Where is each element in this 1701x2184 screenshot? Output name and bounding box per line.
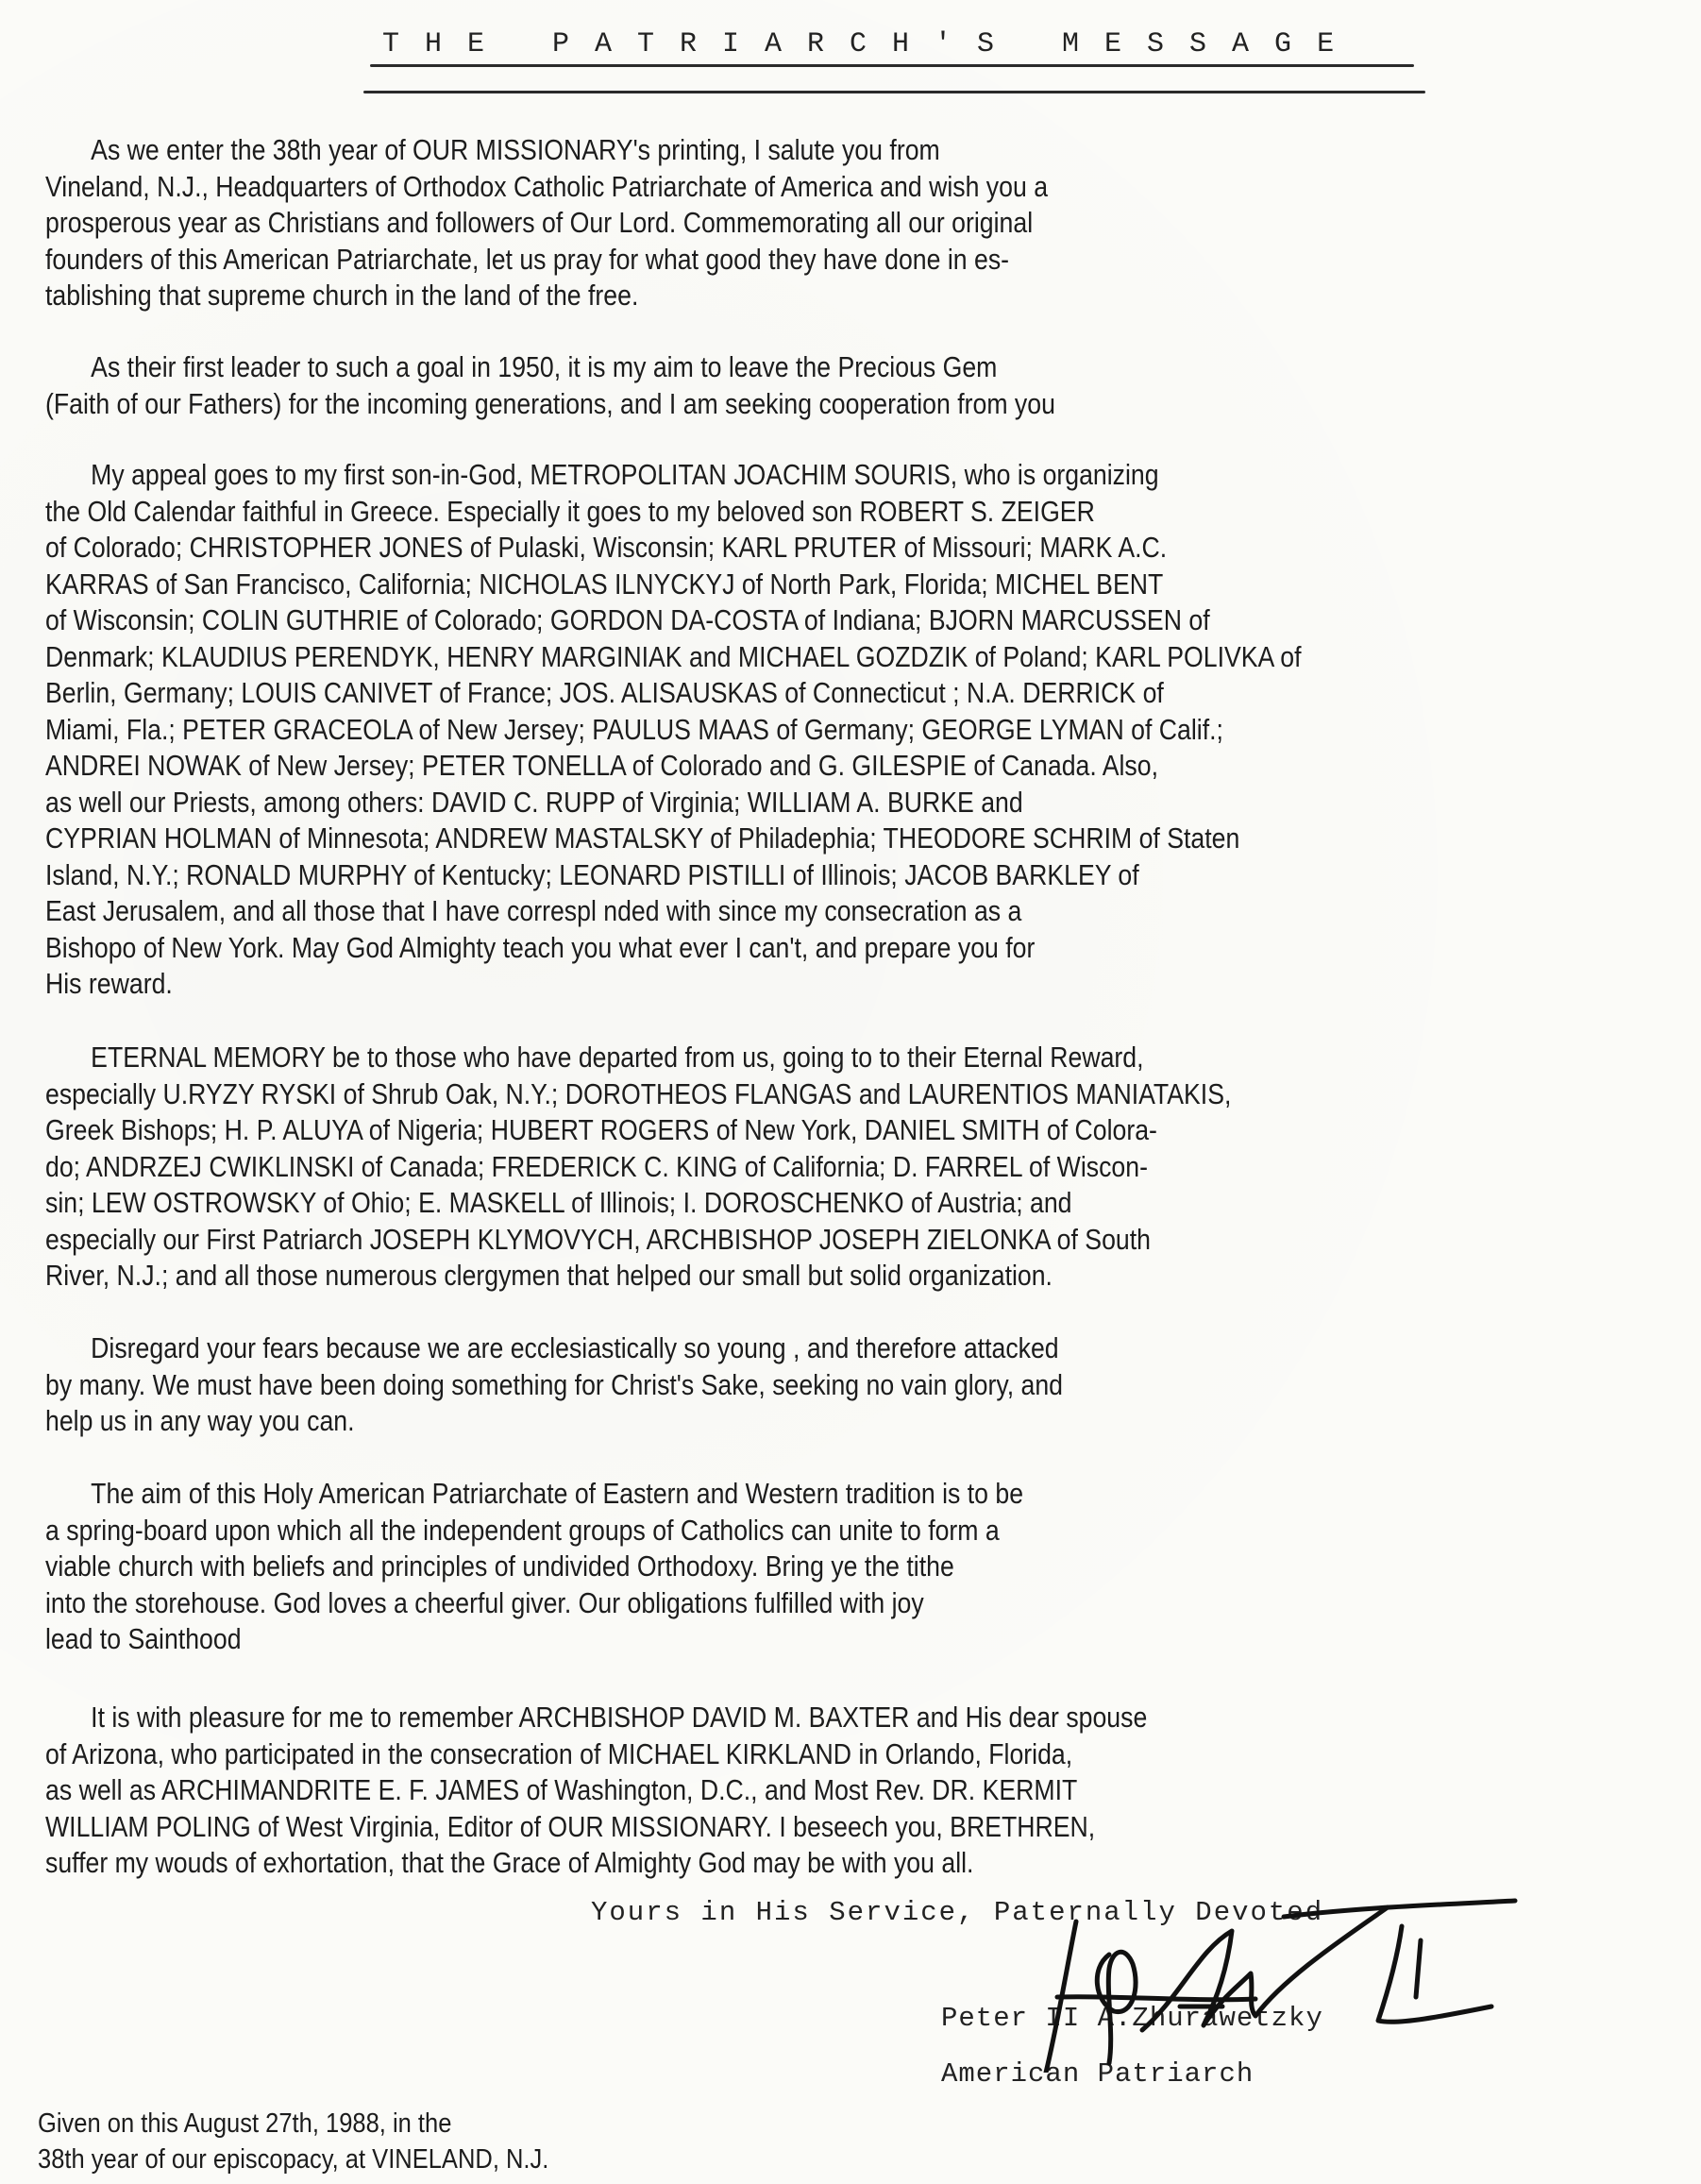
paragraph-line: do; ANDRZEJ CWIKLINSKI of Canada; FREDER… [45,1149,1685,1186]
paragraph-line: prosperous year as Christians and follow… [45,205,1685,242]
paragraph-line: Denmark; KLAUDIUS PERENDYK, HENRY MARGIN… [45,639,1685,676]
paragraph-line: Island, N.Y.; RONALD MURPHY of Kentucky;… [45,857,1685,894]
paragraph-appeal: My appeal goes to my first son-in-God, M… [45,457,1685,1003]
signatory-title: American Patriarch [941,2058,1254,2090]
paragraph-greeting: As we enter the 38th year of OUR MISSION… [45,132,1685,314]
paragraph-line: KARRAS of San Francisco, California; NIC… [45,567,1685,603]
title-double-rule [363,91,1425,93]
paragraph-line: Greek Bishops; H. P. ALUYA of Nigeria; H… [45,1112,1685,1149]
paragraph-line: ETERNAL MEMORY be to those who have depa… [45,1040,1685,1076]
paragraph-line: of Colorado; CHRISTOPHER JONES of Pulask… [45,530,1685,567]
paragraph-line: My appeal goes to my first son-in-God, M… [45,457,1685,494]
paragraph-line: viable church with beliefs and principle… [45,1549,1685,1585]
paragraph-line: River, N.J.; and all those numerous cler… [45,1258,1685,1295]
document-page: THE PATRIARCH'S MESSAGE As we enter the … [0,0,1701,2184]
given-date-block: Given on this August 27th, 1988, in the … [38,2106,548,2177]
paragraph-line: help us in any way you can. [45,1403,1685,1440]
paragraph-line: especially our First Patriarch JOSEPH KL… [45,1222,1685,1259]
paragraph-line: East Jerusalem, and all those that I hav… [45,893,1685,930]
paragraph-line: It is with pleasure for me to remember A… [45,1700,1685,1736]
paragraph-line: WILLIAM POLING of West Virginia, Editor … [45,1809,1685,1846]
paragraph-eternal-memory: ETERNAL MEMORY be to those who have depa… [45,1040,1685,1295]
paragraph-line: As their first leader to such a goal in … [45,349,1685,386]
paragraph-disregard-fears: Disregard your fears because we are eccl… [45,1330,1685,1440]
paragraph-line: by many. We must have been doing somethi… [45,1367,1685,1404]
given-line: Given on this August 27th, 1988, in the [38,2106,548,2142]
given-line: 38th year of our episcopacy, at VINELAND… [38,2142,548,2177]
paragraph-line: the Old Calendar faithful in Greece. Esp… [45,494,1685,531]
paragraph-line: as well our Priests, among others: DAVID… [45,785,1685,821]
title-underline [370,64,1414,67]
paragraph-line: ANDREI NOWAK of New Jersey; PETER TONELL… [45,748,1685,785]
paragraph-line: of Wisconsin; COLIN GUTHRIE of Colorado;… [45,602,1685,639]
paragraph-line: Bishopo of New York. May God Almighty te… [45,930,1685,967]
paragraph-line: The aim of this Holy American Patriarcha… [45,1476,1685,1513]
paragraph-line: as well as ARCHIMANDRITE E. F. JAMES of … [45,1772,1685,1809]
paragraph-line: founders of this American Patriarchate, … [45,242,1685,279]
paragraph-line: Vineland, N.J., Headquarters of Orthodox… [45,169,1685,206]
paragraph-line: especially U.RYZY RYSKI of Shrub Oak, N.… [45,1076,1685,1113]
paragraph-line: a spring-board upon which all the indepe… [45,1513,1685,1549]
paragraph-line: CYPRIAN HOLMAN of Minnesota; ANDREW MAST… [45,821,1685,857]
paragraph-remembrance: It is with pleasure for me to remember A… [45,1700,1685,1882]
paragraph-line: His reward. [45,966,1685,1003]
signatory-name: Peter II A.Zhurawetzky [941,2003,1323,2034]
paragraph-line: Miami, Fla.; PETER GRACEOLA of New Jerse… [45,712,1685,749]
paragraph-line: into the storehouse. God loves a cheerfu… [45,1585,1685,1622]
paragraph-line: of Arizona, who participated in the cons… [45,1736,1685,1773]
paragraph-line: Berlin, Germany; LOUIS CANIVET of France… [45,675,1685,712]
closing-salutation: Yours in His Service, Paternally Devoted [591,1897,1323,1928]
paragraph-line: tablishing that supreme church in the la… [45,278,1685,314]
paragraph-aim: The aim of this Holy American Patriarcha… [45,1476,1685,1658]
paragraph-line: lead to Sainthood [45,1621,1685,1658]
paragraph-leadership: As their first leader to such a goal in … [45,349,1685,422]
paragraph-line: Disregard your fears because we are eccl… [45,1330,1685,1367]
paragraph-line: (Faith of our Fathers) for the incoming … [45,386,1685,423]
paragraph-line: suffer my wouds of exhortation, that the… [45,1845,1685,1882]
document-title: THE PATRIARCH'S MESSAGE [382,28,1421,60]
paragraph-line: As we enter the 38th year of OUR MISSION… [45,132,1685,169]
paragraph-line: sin; LEW OSTROWSKY of Ohio; E. MASKELL o… [45,1185,1685,1222]
